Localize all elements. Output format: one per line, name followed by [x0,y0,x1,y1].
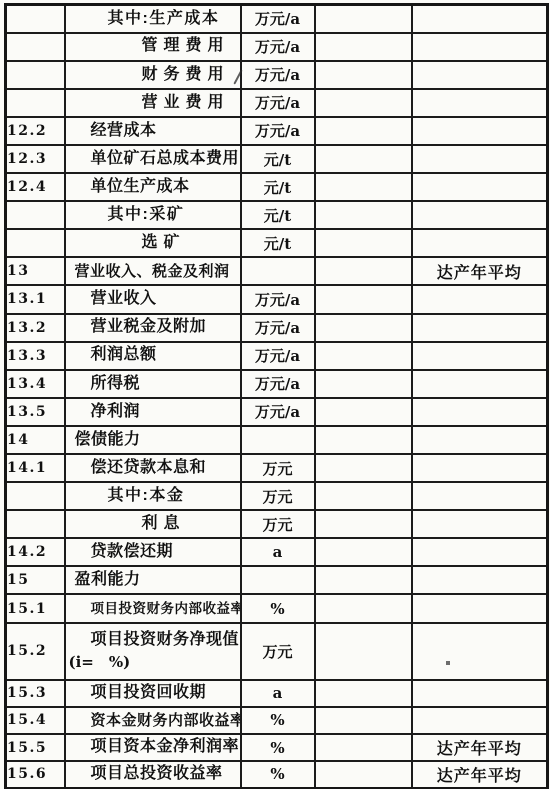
cell-no [6,510,65,538]
cell-unit: 万元/a [241,314,315,342]
cell-note [412,707,548,734]
cell-note [412,538,548,566]
cell-no [6,229,65,257]
cell-unit: 万元 [241,454,315,482]
item-label: 其中:采矿 [66,206,240,224]
cell-item: 项目投资财务净现值(i= %) [65,623,241,680]
table-row: 管理费用万元/a [6,33,548,61]
cell-note: 达产年平均 [412,761,548,788]
cell-note [412,370,548,398]
cell-note [412,398,548,426]
cell-no: 15.6 [6,761,65,788]
cell-item: 单位生产成本 [65,173,241,201]
scan-artifact-dot [446,661,450,665]
cell-unit [241,566,315,594]
cell-no: 13.1 [6,285,65,313]
item-label: 营业税金及附加 [66,318,240,336]
cell-note [412,5,548,33]
cell-unit: 万元/a [241,61,315,89]
item-label: 经营成本 [66,122,240,140]
cell-note [412,117,548,145]
cell-value [315,314,412,342]
cell-no: 14 [6,426,65,454]
cell-item: 项目投资回收期 [65,680,241,707]
cell-unit: % [241,761,315,788]
cell-note [412,454,548,482]
table-row: 利息万元 [6,510,548,538]
cell-value [315,173,412,201]
cell-item: 其中:生产成本 [65,5,241,33]
item-label: 其中:本金 [66,487,240,505]
cell-note: 达产年平均 [412,257,548,285]
item-label: 资本金财务内部收益率 [66,712,240,729]
cell-no [6,5,65,33]
cell-item: 经营成本 [65,117,241,145]
cell-value [315,680,412,707]
cell-value [315,734,412,761]
item-label: 选矿 [66,234,240,252]
item-label: 所得税 [66,375,240,393]
table-row: 14偿债能力 [6,426,548,454]
table-row: 13.2营业税金及附加万元/a [6,314,548,342]
cell-unit: 万元/a [241,5,315,33]
cell-no [6,482,65,510]
cell-unit [241,426,315,454]
cell-item: 营业费用 [65,89,241,117]
cell-item: 盈利能力 [65,566,241,594]
cell-item: 贷款偿还期 [65,538,241,566]
cell-no [6,201,65,229]
cell-no [6,89,65,117]
table-row: 14.1偿还贷款本息和万元 [6,454,548,482]
cell-unit: % [241,707,315,734]
cell-note [412,89,548,117]
item-label: 项目投资财务内部收益率 [66,601,240,617]
cell-item: 利润总额 [65,342,241,370]
cell-value [315,566,412,594]
cell-note [412,482,548,510]
cell-value [315,342,412,370]
item-label: 项目投资财务净现值 [66,631,240,649]
cell-item: 单位矿石总成本费用 [65,145,241,173]
cell-value [315,707,412,734]
cell-value [315,623,412,680]
cell-value [315,33,412,61]
cell-item: 选矿 [65,229,241,257]
item-label: 偿还贷款本息和 [66,459,240,477]
cell-note [412,623,548,680]
cell-no: 12.2 [6,117,65,145]
table-row: 选矿元/t [6,229,548,257]
table-row: 12.2经营成本万元/a [6,117,548,145]
cell-item: 项目总投资收益率 [65,761,241,788]
cell-item: 项目投资财务内部收益率 [65,594,241,622]
item-label: 利息 [66,515,240,533]
cell-unit: 元/t [241,229,315,257]
item-label: 项目总投资收益率 [66,765,240,783]
table-row: 15.1项目投资财务内部收益率% [6,594,548,622]
table-row: 13.3利润总额万元/a [6,342,548,370]
cell-note [412,566,548,594]
cell-unit: 万元/a [241,89,315,117]
cell-item: 营业收入、税金及利润 [65,257,241,285]
item-label: 营业收入、税金及利润 [66,263,240,280]
cell-value [315,398,412,426]
cell-unit: 元/t [241,201,315,229]
table-row: 13.1营业收入万元/a [6,285,548,313]
table-row: 营业费用万元/a [6,89,548,117]
cell-no: 14.2 [6,538,65,566]
item-label-line2: (i= %) [66,653,240,671]
cell-note [412,594,548,622]
item-label: 偿债能力 [66,431,240,449]
cell-value [315,61,412,89]
cell-unit: 万元 [241,482,315,510]
cell-no: 14.1 [6,454,65,482]
cell-note [412,173,548,201]
item-label: 盈利能力 [66,571,240,589]
table-row: 15.4资本金财务内部收益率% [6,707,548,734]
cell-unit: 万元 [241,510,315,538]
cell-item: 偿还贷款本息和 [65,454,241,482]
cell-value [315,5,412,33]
cell-value [315,285,412,313]
cell-unit: 万元/a [241,117,315,145]
cell-note [412,342,548,370]
cell-no: 13.5 [6,398,65,426]
cell-no: 12.4 [6,173,65,201]
cell-no: 13.2 [6,314,65,342]
item-label: 单位矿石总成本费用 [66,150,240,168]
table-row: 其中:采矿元/t [6,201,548,229]
cell-note [412,426,548,454]
cell-unit: % [241,594,315,622]
cell-unit: 万元/a [241,285,315,313]
cell-item: 其中:本金 [65,482,241,510]
table-row: 15.5项目资本金净利润率%达产年平均 [6,734,548,761]
cell-unit: 万元/a [241,398,315,426]
cell-no [6,33,65,61]
cell-value [315,454,412,482]
item-label: 营业收入 [66,290,240,308]
cell-unit: 万元/a [241,33,315,61]
cell-unit [241,257,315,285]
cell-value [315,117,412,145]
cell-no: 15.5 [6,734,65,761]
cell-unit: 万元/a [241,342,315,370]
cell-item: 所得税 [65,370,241,398]
cell-value [315,594,412,622]
cell-no: 15.4 [6,707,65,734]
cell-note [412,314,548,342]
cell-note [412,510,548,538]
cell-no: 13.4 [6,370,65,398]
cell-unit: 元/t [241,173,315,201]
cell-value [315,370,412,398]
item-label: 其中:生产成本 [66,10,240,28]
table-row: 13.4所得税万元/a [6,370,548,398]
cell-unit: a [241,680,315,707]
indicator-table: 其中:生产成本万元/a管理费用万元/a财务费用万元/a营业费用万元/a12.2经… [4,3,549,789]
table-row: 15.6项目总投资收益率%达产年平均 [6,761,548,788]
table-row: 15.3项目投资回收期a [6,680,548,707]
item-label: 单位生产成本 [66,178,240,196]
cell-value [315,257,412,285]
table-row: 15盈利能力 [6,566,548,594]
table-row: 15.2项目投资财务净现值(i= %)万元 [6,623,548,680]
cell-note [412,61,548,89]
cell-note [412,33,548,61]
cell-item: 项目资本金净利润率 [65,734,241,761]
cell-item: 管理费用 [65,33,241,61]
item-label: 利润总额 [66,346,240,364]
table-row: 13.5净利润万元/a [6,398,548,426]
item-label: 项目资本金净利润率 [66,738,240,756]
cell-no: 15.2 [6,623,65,680]
table-row: 12.4单位生产成本元/t [6,173,548,201]
cell-item: 利息 [65,510,241,538]
table-row: 其中:生产成本万元/a [6,5,548,33]
cell-note [412,201,548,229]
cell-item: 净利润 [65,398,241,426]
cell-item: 营业收入 [65,285,241,313]
item-label: 项目投资回收期 [66,684,240,702]
cell-value [315,510,412,538]
cell-note [412,229,548,257]
item-label: 贷款偿还期 [66,543,240,561]
cell-unit: % [241,734,315,761]
item-label: 财务费用 [66,66,240,84]
cell-value [315,482,412,510]
cell-value [315,229,412,257]
cell-note [412,145,548,173]
table-row: 其中:本金万元 [6,482,548,510]
table-row: 财务费用万元/a [6,61,548,89]
cell-unit: 万元/a [241,370,315,398]
cell-value [315,426,412,454]
cell-item: 营业税金及附加 [65,314,241,342]
cell-value [315,538,412,566]
item-label: 营业费用 [66,94,240,112]
cell-unit: a [241,538,315,566]
scanned-document-page: 其中:生产成本万元/a管理费用万元/a财务费用万元/a营业费用万元/a12.2经… [0,0,550,789]
cell-value [315,201,412,229]
item-label: 净利润 [66,403,240,421]
cell-no: 15.3 [6,680,65,707]
table-row: 14.2贷款偿还期a [6,538,548,566]
table-row: 12.3单位矿石总成本费用元/t [6,145,548,173]
cell-no: 13 [6,257,65,285]
cell-no: 15 [6,566,65,594]
cell-value [315,761,412,788]
cell-no: 12.3 [6,145,65,173]
cell-no [6,61,65,89]
cell-item: 财务费用 [65,61,241,89]
cell-note: 达产年平均 [412,734,548,761]
cell-note [412,680,548,707]
cell-item: 偿债能力 [65,426,241,454]
cell-unit: 元/t [241,145,315,173]
table-row: 13营业收入、税金及利润达产年平均 [6,257,548,285]
table-body: 其中:生产成本万元/a管理费用万元/a财务费用万元/a营业费用万元/a12.2经… [6,5,548,789]
item-label: 管理费用 [66,37,240,55]
cell-note [412,285,548,313]
cell-no: 13.3 [6,342,65,370]
cell-value [315,89,412,117]
cell-value [315,145,412,173]
cell-item: 资本金财务内部收益率 [65,707,241,734]
cell-item: 其中:采矿 [65,201,241,229]
cell-unit: 万元 [241,623,315,680]
cell-no: 15.1 [6,594,65,622]
